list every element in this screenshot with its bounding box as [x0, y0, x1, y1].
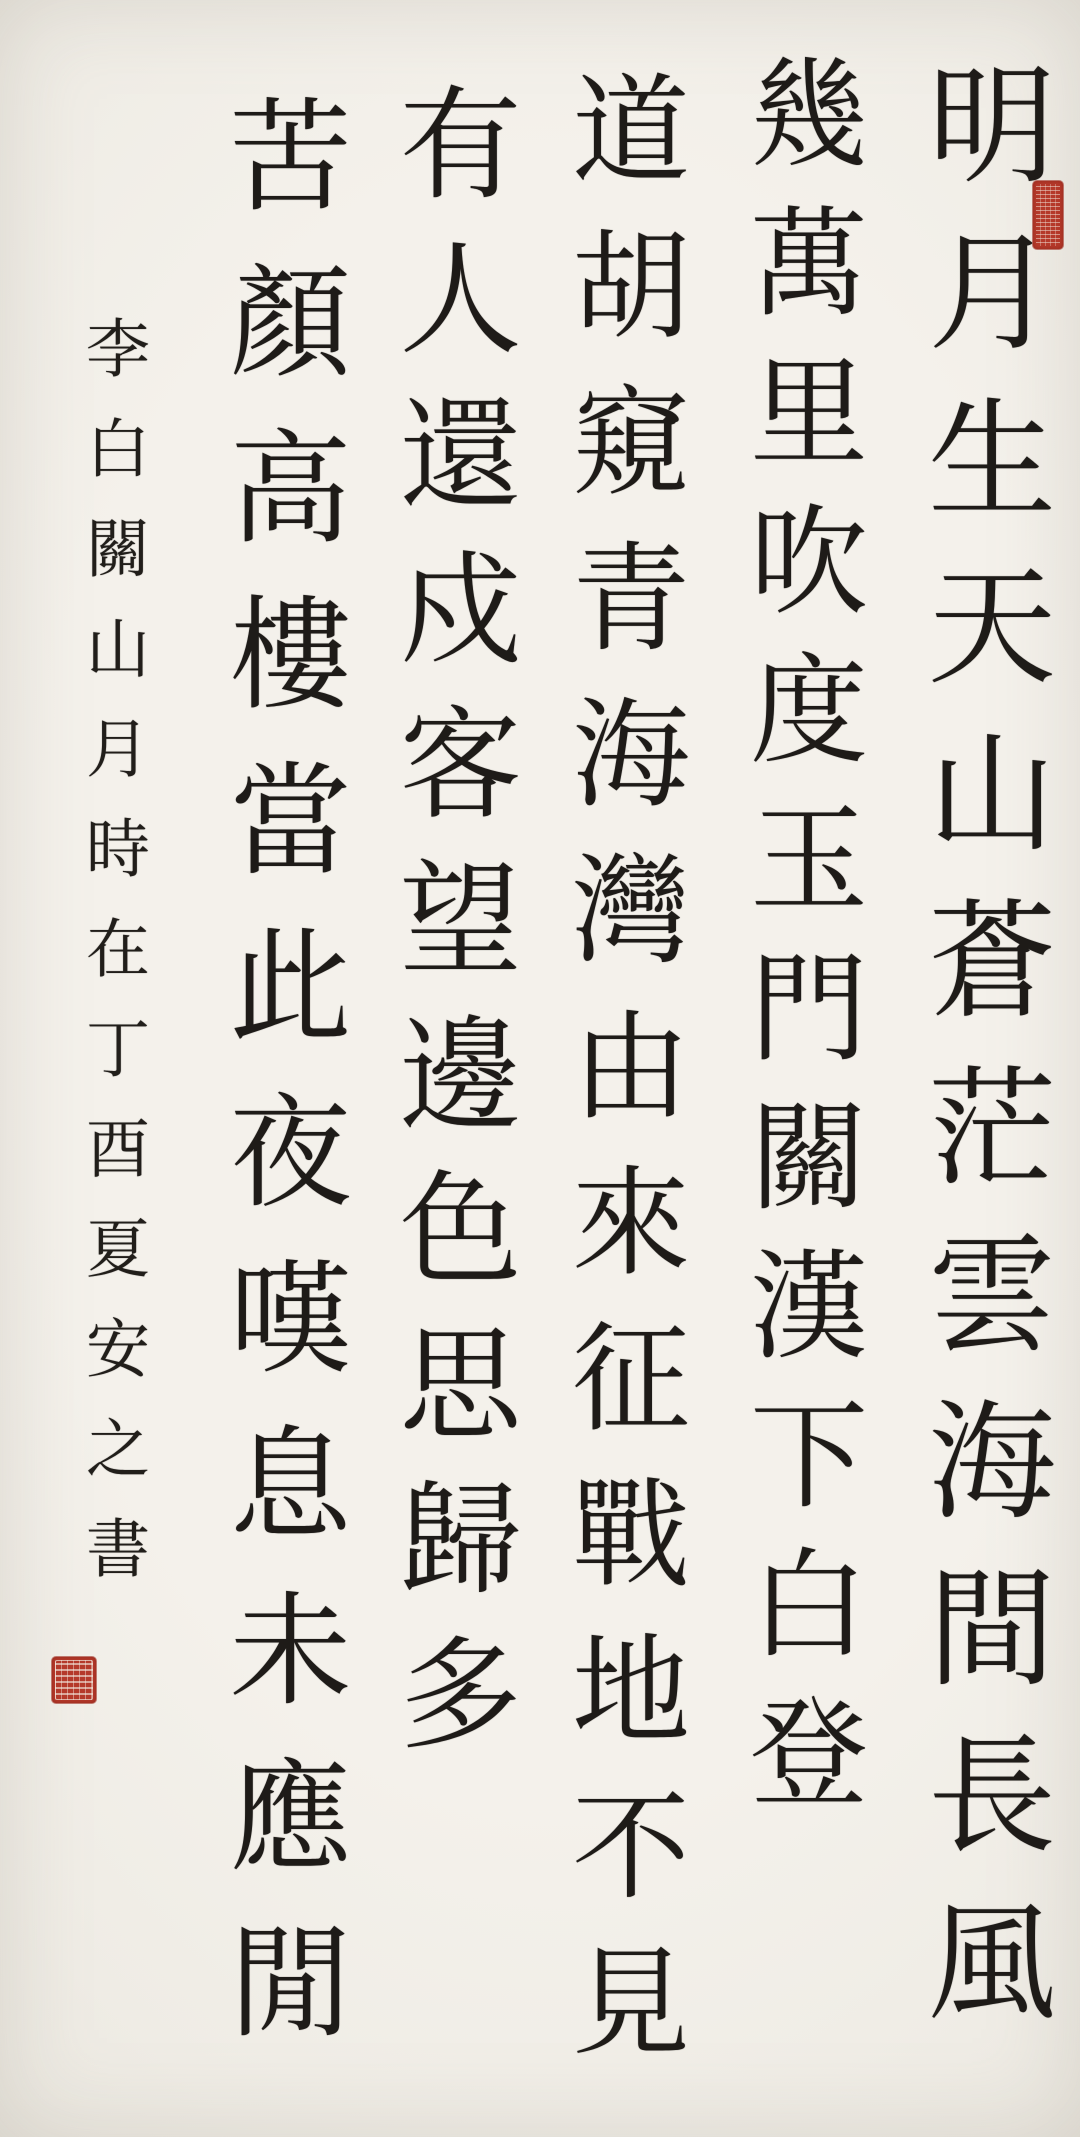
poem-column-1: 明月生天山蒼茫雲海間長風: [888, 58, 1072, 2062]
seal-top-right: [1033, 181, 1063, 249]
poem-column-5: 苦顏高樓當此夜嘆息未應閒: [193, 92, 368, 2084]
seal-carved-characters-icon: [55, 1660, 93, 1700]
poem-column-3: 道胡窺青海灣由來征戰地不見: [536, 68, 706, 2096]
seal-carved-characters-icon: [1036, 184, 1060, 246]
seal-bottom-left: [52, 1657, 96, 1703]
calligraphy-scroll: 明月生天山蒼茫雲海間長風 幾萬里吹度玉門關漢下白登 道胡窺青海灣由來征戰地不見 …: [0, 0, 1080, 2137]
poem-column-4: 有人還戍客望邊色思歸多: [363, 80, 538, 1785]
poem-column-2: 幾萬里吹度玉門關漢下白登: [714, 52, 884, 1840]
colophon-column: 李白關山月時在丁酉夏安之書: [66, 315, 158, 1615]
